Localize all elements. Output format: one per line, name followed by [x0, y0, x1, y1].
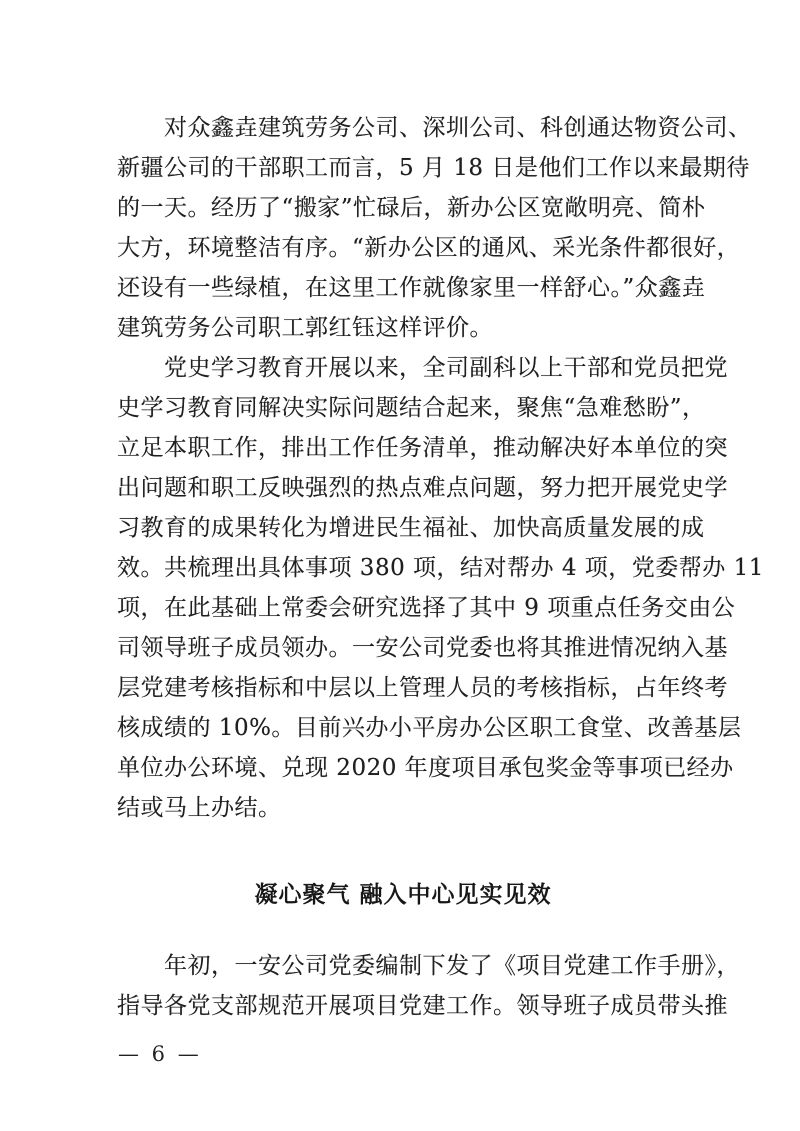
text-line: 层党建考核指标和中层以上管理人员的考核指标，占年终考	[117, 668, 689, 708]
paragraph-party-history-study: 党史学习教育开展以来，全司副科以上干部和党员把党 史学习教育同解决实际问题结合起…	[117, 348, 689, 828]
text-line: 出问题和职工反映强烈的热点难点问题，努力把开展党史学	[117, 468, 689, 508]
text-line: 司领导班子成员领办。一安公司党委也将其推进情况纳入基	[117, 628, 689, 668]
text-line: 项，在此基础上常委会研究选择了其中 9 项重点任务交由公	[117, 588, 689, 628]
text-line: 效。共梳理出具体事项 380 项，结对帮办 4 项，党委帮办 11	[117, 548, 689, 588]
text-line: 年初，一安公司党委编制下发了《项目党建工作手册》，	[117, 946, 689, 986]
text-line: 大方，环境整洁有序。“新办公区的通风、采光条件都很好，	[117, 228, 689, 268]
text-line: 的一天。经历了“搬家”忙碌后，新办公区宽敞明亮、简朴	[117, 188, 689, 228]
text-line: 党史学习教育开展以来，全司副科以上干部和党员把党	[117, 348, 689, 388]
document-page: 对众鑫垚建筑劳务公司、深圳公司、科创通达物资公司、 新疆公司的干部职工而言，5 …	[0, 0, 800, 1131]
text-line: 建筑劳务公司职工郭红钰这样评价。	[117, 308, 689, 348]
text-line: 新疆公司的干部职工而言，5 月 18 日是他们工作以来最期待	[117, 148, 689, 188]
page-number: — 6 —	[118, 1042, 202, 1066]
text-line: 史学习教育同解决实际问题结合起来，聚焦“急难愁盼”，	[117, 388, 689, 428]
text-line: 还设有一些绿植，在这里工作就像家里一样舒心。”众鑫垚	[117, 268, 689, 308]
text-line: 结或马上办结。	[117, 788, 689, 828]
text-line: 单位办公环境、兑现 2020 年度项目承包奖金等事项已经办	[117, 748, 689, 788]
section-heading: 凝心聚气 融入中心见实见效	[117, 875, 689, 915]
text-line: 核成绩的 10%。目前兴办小平房办公区职工食堂、改善基层	[117, 708, 689, 748]
text-line: 对众鑫垚建筑劳务公司、深圳公司、科创通达物资公司、	[117, 108, 689, 148]
paragraph-party-building-handbook: 年初，一安公司党委编制下发了《项目党建工作手册》， 指导各党支部规范开展项目党建…	[117, 946, 689, 1026]
text-line: 习教育的成果转化为增进民生福祉、加快高质量发展的成	[117, 508, 689, 548]
paragraph-office-move: 对众鑫垚建筑劳务公司、深圳公司、科创通达物资公司、 新疆公司的干部职工而言，5 …	[117, 108, 689, 348]
text-line: 指导各党支部规范开展项目党建工作。领导班子成员带头推	[117, 986, 689, 1026]
document-body: 对众鑫垚建筑劳务公司、深圳公司、科创通达物资公司、 新疆公司的干部职工而言，5 …	[117, 108, 689, 1026]
text-line: 立足本职工作，排出工作任务清单，推动解决好本单位的突	[117, 428, 689, 468]
